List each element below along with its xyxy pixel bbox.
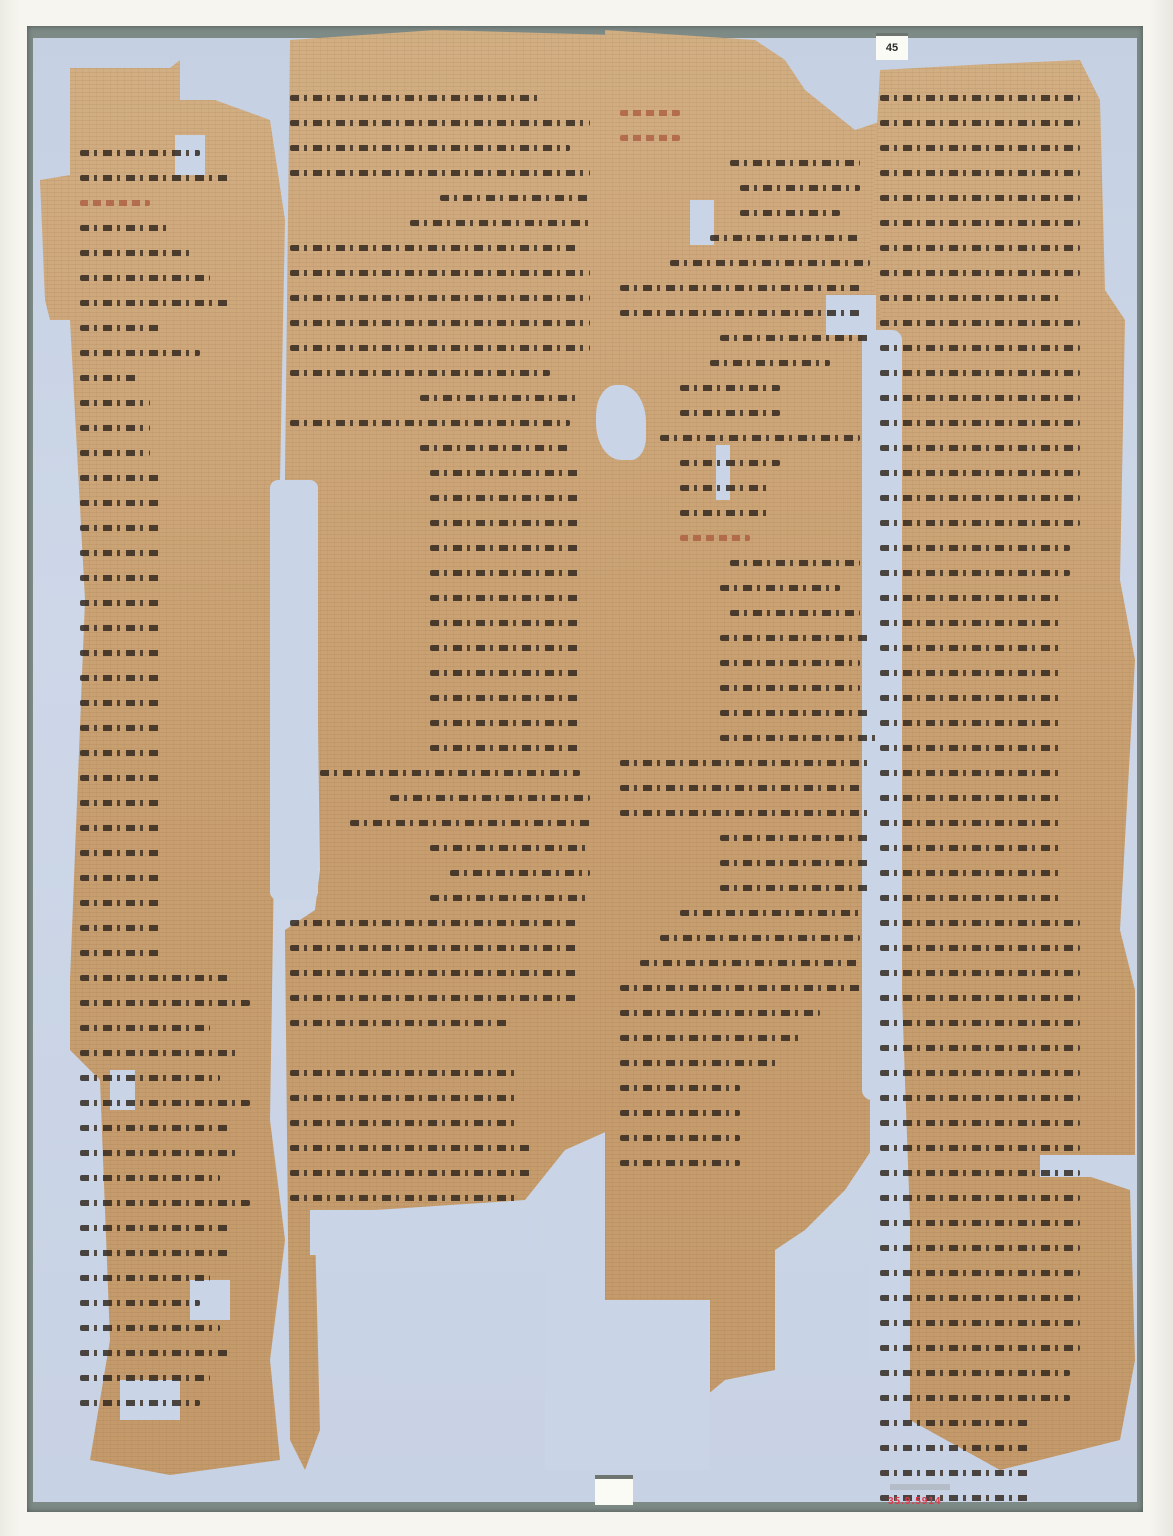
script-column-left [80,150,230,1425]
accession-number-mark: 35.9.5914 [888,1496,942,1507]
sheet-number-label: 45 [876,33,908,60]
bottom-label [595,1475,633,1505]
faded-label [890,1484,950,1490]
script-column-center-right [620,110,880,1235]
script-column-right [880,95,1090,1520]
script-column-center-left [290,95,600,1220]
gap-lower-center [580,1300,710,1470]
